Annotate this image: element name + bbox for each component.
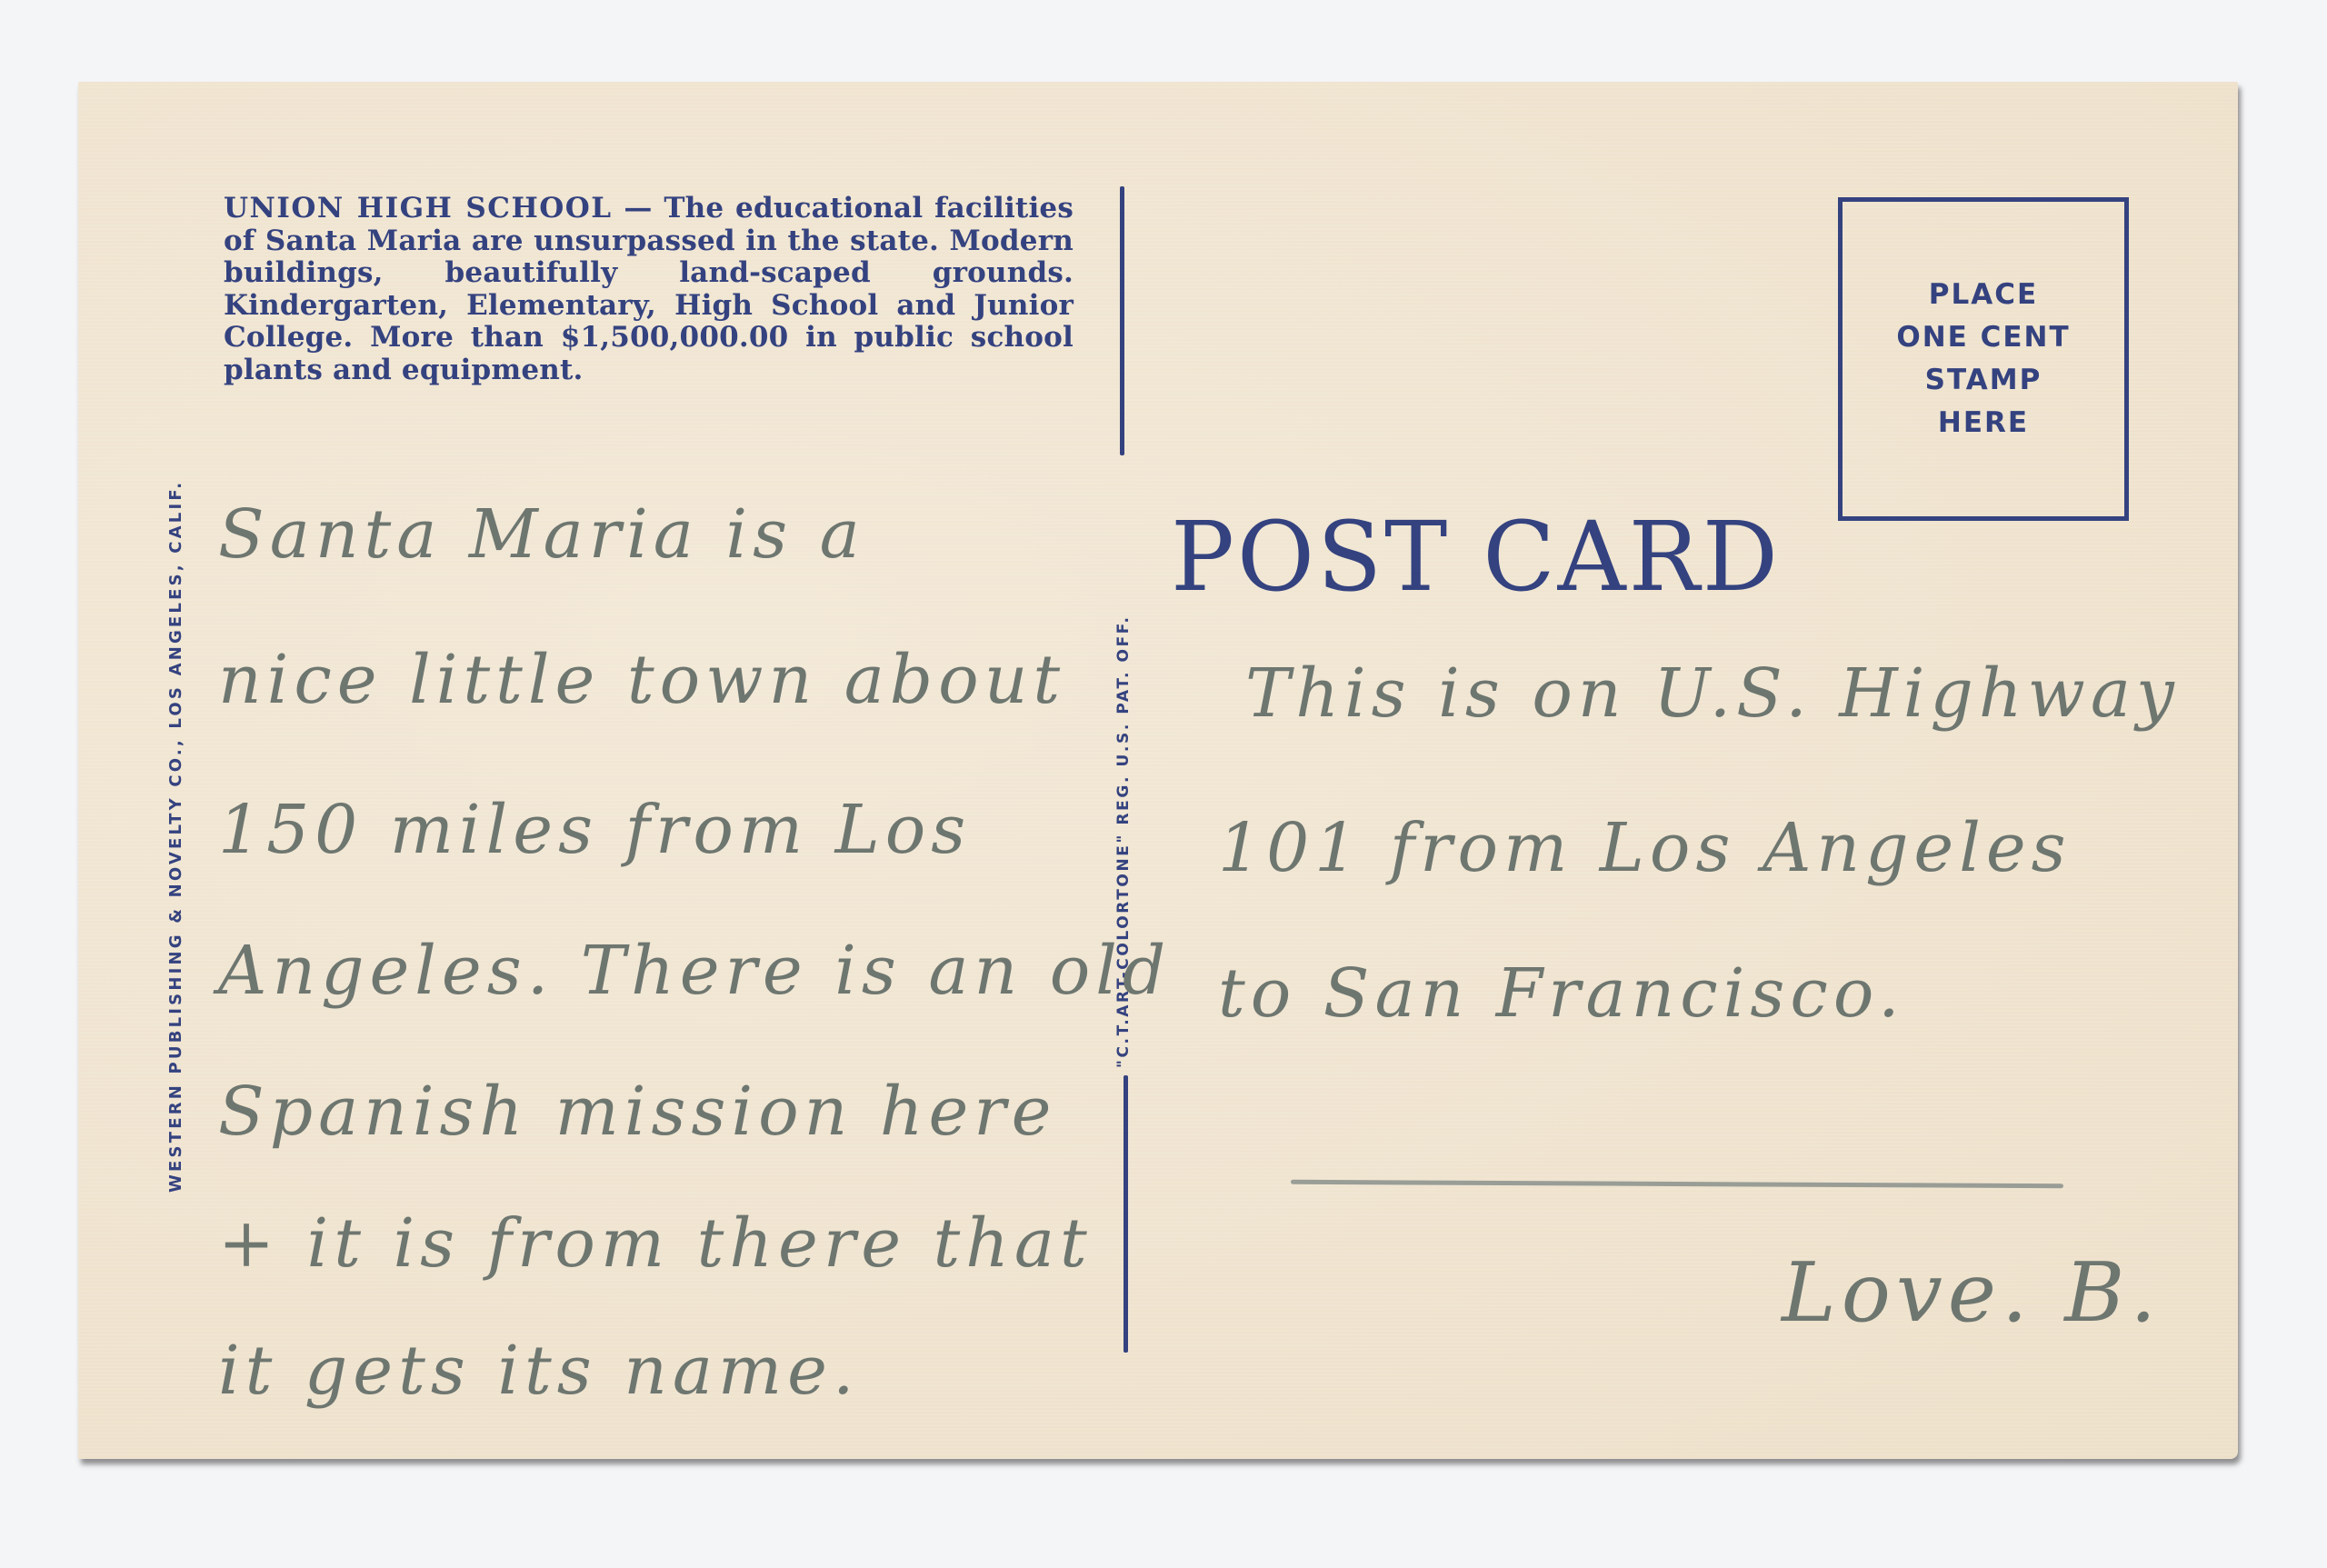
handwritten-line: 101 from Los Angeles [1218, 809, 2072, 887]
caption-title: UNION HIGH SCHOOL [224, 192, 613, 225]
caption-text: UNION HIGH SCHOOL — The educational faci… [224, 193, 1074, 386]
handwritten-line: Spanish mission here [218, 1073, 1056, 1151]
handwritten-line: to San Francisco. [1218, 954, 1905, 1033]
publisher-imprint: WESTERN PUBLISHING & NOVELTY CO., LOS AN… [166, 480, 185, 1193]
stamp-box: PLACE ONE CENT STAMP HERE [1838, 197, 2129, 521]
handwritten-line: nice little town about [218, 641, 1065, 719]
handwritten-line: Santa Maria is a [218, 495, 865, 574]
handwritten-line: 150 miles from Los [218, 791, 971, 869]
stamp-line: HERE [1938, 402, 2029, 444]
post-card-heading: POST CARD [1171, 509, 1781, 605]
handwritten-line: Angeles. There is an old [218, 932, 1171, 1010]
handwritten-line: it gets its name. [218, 1332, 860, 1410]
stamp-line: PLACE [1929, 274, 2038, 316]
signature: Love. B. [1782, 1245, 2162, 1341]
center-divider-top [1120, 186, 1124, 455]
stamp-line: STAMP [1925, 359, 2042, 402]
stamp-line: ONE CENT [1896, 316, 2070, 359]
handwritten-line: + it is from there that [218, 1204, 1093, 1283]
handwritten-line: This is on U.S. Highway [1245, 654, 2180, 733]
center-divider-bottom [1124, 1075, 1128, 1353]
caption-separator: — [613, 192, 664, 225]
